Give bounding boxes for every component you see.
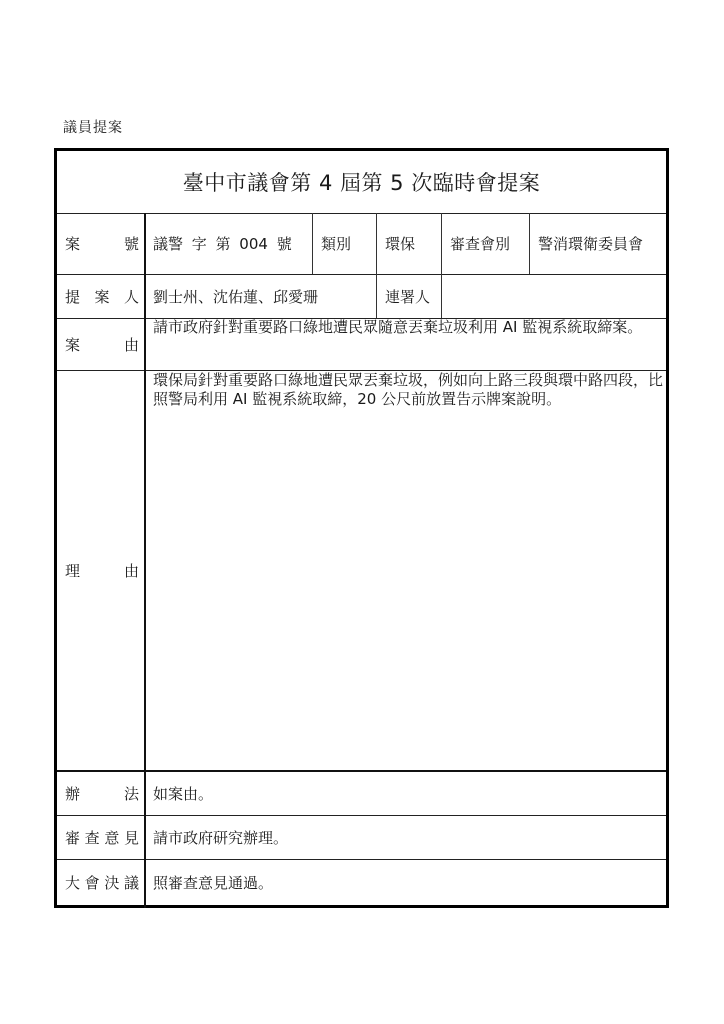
label-char: 由 xyxy=(124,335,139,355)
reason-label: 理 由 xyxy=(57,371,145,770)
label-char: 大 xyxy=(65,873,80,893)
label-char: 辦 xyxy=(65,784,80,804)
label-char: 由 xyxy=(124,561,139,581)
label-char: 案 xyxy=(65,234,80,254)
label-char: 號 xyxy=(124,234,139,254)
review-committee-value: 警消環衛委員會 xyxy=(530,214,666,274)
label-char: 見 xyxy=(124,828,139,848)
method-value: 如案由。 xyxy=(145,772,666,815)
review-opinion-value: 請市政府研究辦理。 xyxy=(145,816,666,859)
category-value: 環保 xyxy=(377,214,441,274)
proposers-label: 提 案 人 xyxy=(57,275,145,318)
label-char: 審 xyxy=(65,828,80,848)
label-char: 決 xyxy=(104,873,119,893)
cosigners-value xyxy=(442,275,666,318)
label-char: 案 xyxy=(65,335,80,355)
method-label: 辦 法 xyxy=(57,772,145,815)
assembly-resolution-value: 照審查意見通過。 xyxy=(145,860,666,905)
form-title: 臺中市議會第 4 屆第 5 次臨時會提案 xyxy=(57,151,666,215)
label-char: 案 xyxy=(94,287,109,307)
reason-value: 環保局針對重要路口綠地遭民眾丟棄垃圾，例如向上路三段與環中路四段，比照警局利用 … xyxy=(145,371,670,770)
label-char: 提 xyxy=(65,287,80,307)
proposers-value: 劉士州、沈佑蓮、邱愛珊 xyxy=(145,275,376,318)
subject-label: 案 由 xyxy=(57,319,145,370)
label-char: 法 xyxy=(124,784,139,804)
case-number-value: 議警 字 第 004 號 xyxy=(145,214,312,274)
case-number-label: 案 號 xyxy=(57,214,145,274)
cosigners-label: 連署人 xyxy=(377,275,441,318)
proposal-form-table: 臺中市議會第 4 屆第 5 次臨時會提案 案 號 議警 字 第 004 號 類別… xyxy=(54,148,669,908)
label-char: 查 xyxy=(85,828,100,848)
assembly-resolution-label: 大 會 決 議 xyxy=(57,860,145,905)
label-char: 議 xyxy=(124,873,139,893)
label-char: 理 xyxy=(65,561,80,581)
review-opinion-label: 審 查 意 見 xyxy=(57,816,145,859)
subject-value: 請市政府針對重要路口綠地遭民眾隨意丟棄垃圾利用 AI 監視系統取締案。 xyxy=(145,318,670,370)
category-label: 類別 xyxy=(313,214,376,274)
label-char: 人 xyxy=(124,287,139,307)
label-char: 意 xyxy=(104,828,119,848)
review-committee-label: 審查會別 xyxy=(442,214,529,274)
label-char: 會 xyxy=(85,873,100,893)
document-type-label: 議員提案 xyxy=(63,117,123,137)
